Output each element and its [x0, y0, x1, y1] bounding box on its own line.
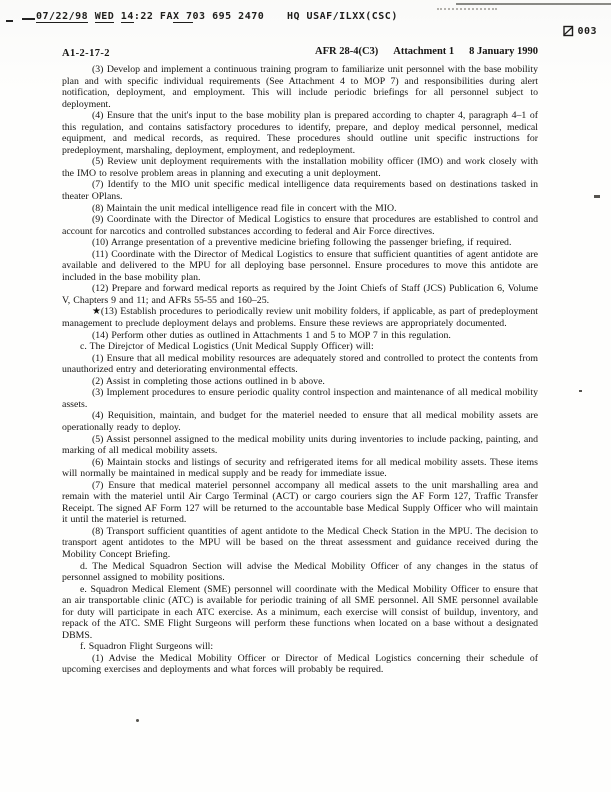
- fax-datetime-segment: X 7: [173, 11, 193, 23]
- paragraph: f. Squadron Flight Surgeons will:: [62, 641, 538, 653]
- paragraph: (6) Maintain stocks and listings of secu…: [62, 457, 538, 480]
- fax-datetime: 07/22/98 WED 14:22 FAX 703 695 2470: [36, 11, 264, 22]
- document-header: A1-2-17-2 AFR 28-4(C3) Attachment 1 8 Ja…: [62, 46, 538, 60]
- fax-document-page: 07/22/98 WED 14:22 FAX 703 695 2470 HQ U…: [0, 0, 611, 792]
- document-header-right: AFR 28-4(C3) Attachment 1 8 January 1990: [315, 46, 538, 57]
- page-id: A1-2-17-2: [62, 48, 110, 59]
- paragraph: (5) Assist personnel assigned to the med…: [62, 434, 538, 457]
- paragraph: (7) Identify to the MIO unit specific me…: [62, 179, 538, 202]
- scan-speck: [579, 390, 582, 392]
- paragraph: (3) Develop and implement a continuous t…: [62, 64, 538, 110]
- paragraph: (4) Ensure that the unit's input to the …: [62, 110, 538, 156]
- paragraph: (5) Review unit deployment requirements …: [62, 156, 538, 179]
- scan-speck: [136, 719, 139, 722]
- fax-datetime-segment: WED: [95, 11, 115, 23]
- paragraph: (11) Coordinate with the Director of Med…: [62, 249, 538, 284]
- paragraph: (1) Advise the Medical Mobility Officer …: [62, 653, 538, 676]
- fax-datetime-segment: 07/22/98: [36, 11, 88, 23]
- document-date: 8 January 1990: [469, 46, 538, 57]
- fax-header: 07/22/98 WED 14:22 FAX 703 695 2470 HQ U…: [0, 9, 611, 25]
- paragraph: (9) Coordinate with the Director of Medi…: [62, 214, 538, 237]
- attachment-label: Attachment 1: [393, 46, 454, 57]
- paragraph: (8) Transport sufficient quantities of a…: [62, 526, 538, 561]
- paragraph: (7) Ensure that medical materiel personn…: [62, 480, 538, 526]
- scan-edge-line: [456, 3, 611, 5]
- regulation-number: AFR 28-4(C3): [315, 46, 378, 57]
- paragraph: (1) Ensure that all medical mobility res…: [62, 353, 538, 376]
- paragraph: (4) Requisition, maintain, and budget fo…: [62, 410, 538, 433]
- fax-datetime-segment: [88, 11, 95, 22]
- paragraph: d. The Medical Squadron Section will adv…: [62, 561, 538, 584]
- fax-datetime-segment: [114, 11, 121, 22]
- fax-datetime-segment: :22 FA: [134, 11, 173, 22]
- fax-sender: HQ USAF/ILXX(CSC): [287, 11, 398, 22]
- paragraph: e. Squadron Medical Element (SME) person…: [62, 584, 538, 642]
- paragraph: (14) Perform other duties as outlined in…: [62, 330, 538, 342]
- paragraph: (10) Arrange presentation of a preventiv…: [62, 237, 538, 249]
- document-body: (3) Develop and implement a continuous t…: [62, 64, 538, 676]
- paragraph: (3) Implement procedures to ensure perio…: [62, 387, 538, 410]
- paragraph: (8) Maintain the unit medical intelligen…: [62, 203, 538, 215]
- paragraph: (2) Assist in completing those actions o…: [62, 376, 538, 388]
- fax-datetime-segment: 14: [121, 11, 134, 23]
- paragraph: ★(13) Establish procedures to periodical…: [62, 306, 538, 329]
- fax-page-indicator: 003: [563, 25, 597, 37]
- fax-page-number: 003: [577, 26, 597, 37]
- fax-page-icon: [563, 25, 574, 37]
- scan-speck: [594, 195, 600, 198]
- paragraph: c. The Direjctor of Medical Logistics (U…: [62, 341, 538, 353]
- fax-datetime-segment: 03 695 2470: [193, 11, 265, 22]
- paragraph: (12) Prepare and forward medical reports…: [62, 283, 538, 306]
